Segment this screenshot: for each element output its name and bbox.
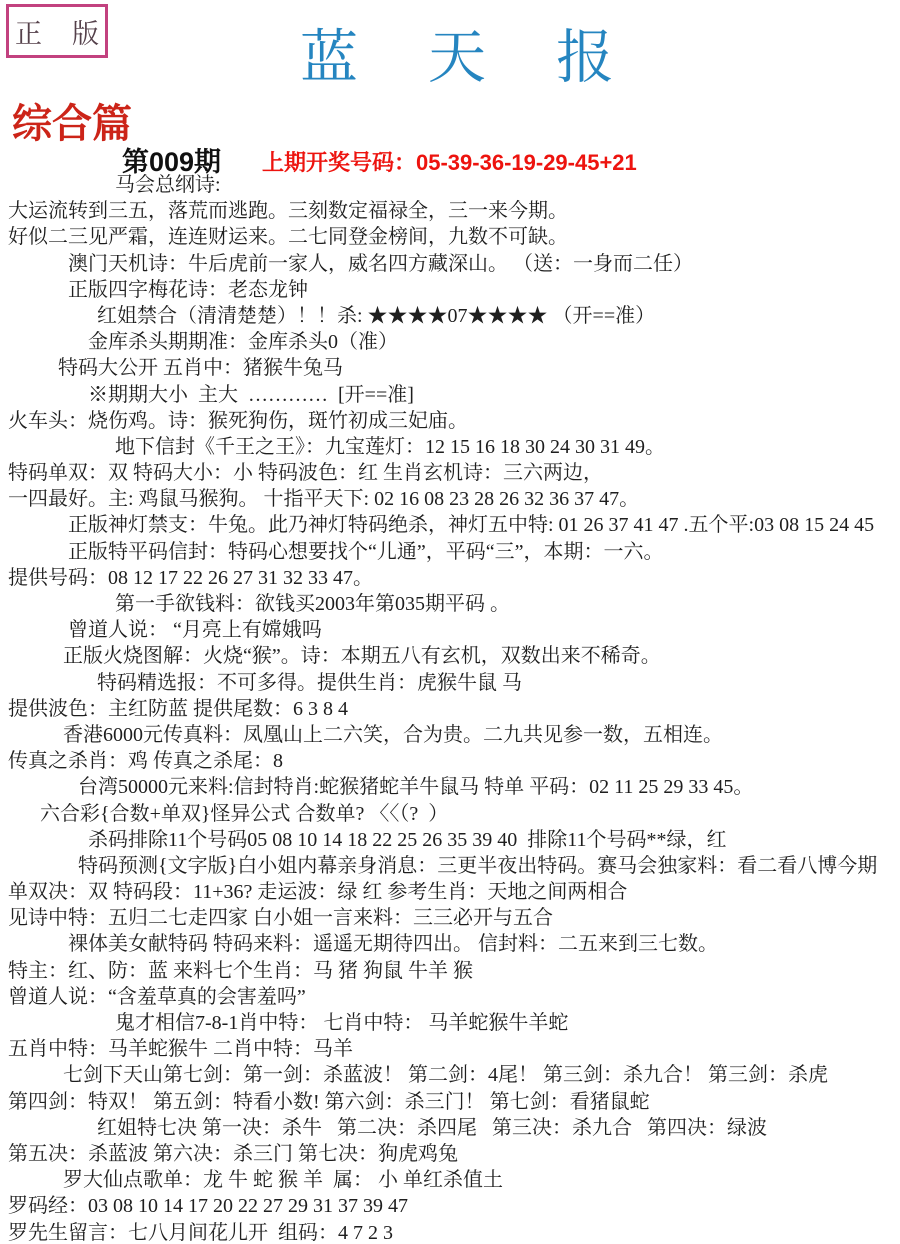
text-line: 提供号码：08 12 17 22 26 27 31 32 33 47。 xyxy=(0,565,900,591)
text-line: 正版特平码信封：特码心想要找个“儿通”，平码“三”，本期：一六。 xyxy=(0,539,900,565)
text-line: 特主：红、防：蓝 来料七个生肖：马 猪 狗鼠 牛羊 猴 xyxy=(0,958,900,984)
text-line: 五肖中特：马羊蛇猴牛 二肖中特：马羊 xyxy=(0,1036,900,1062)
text-line: 特码精选报：不可多得。提供生肖：虎猴牛鼠 马 xyxy=(0,670,900,696)
text-line: 红姐特七决 第一决：杀牛 第二决：杀四尾 第三决：杀九合 第四决：绿波 xyxy=(0,1115,900,1141)
edition-badge-label: 正版 xyxy=(15,12,129,51)
text-line: 单双决：双 特码段：11+36? 走运波：绿 红 参考生肖：天地之间两相合 xyxy=(0,879,900,905)
text-line: 一四最好。主: 鸡鼠马猴狗。 十指平天下: 02 16 08 23 28 26 … xyxy=(0,486,900,512)
text-line: 见诗中特：五归二七走四家 白小姐一言来料：三三必开与五合 xyxy=(0,905,900,931)
text-line: 香港6000元传真料：凤凰山上二六笑，合为贵。二九共见参一数，五相连。 xyxy=(0,722,900,748)
text-line: 六合彩{合数+单双}怪异公式 合数单? 〈〈（? ） xyxy=(0,801,900,827)
edition-badge: 正版 xyxy=(6,4,108,58)
content-lines: 马会总纲诗:大运流转到三五，落荒而逃跑。三刻数定福禄全，三一来今期。好似二三见严… xyxy=(0,172,900,1244)
text-line: 曾道人说： “月亮上有嫦娥吗 xyxy=(0,617,900,643)
text-line: 第四剑：特双！ 第五剑：特看小数! 第六剑：杀三门！ 第七剑：看猪鼠蛇 xyxy=(0,1089,900,1115)
text-line: 大运流转到三五，落荒而逃跑。三刻数定福禄全，三一来今期。 xyxy=(0,198,900,224)
text-line: 澳门天机诗：牛后虎前一家人，威名四方藏深山。 （送：一身而二任） xyxy=(0,251,900,277)
text-line: 台湾50000元来料:信封特肖:蛇猴猪蛇羊牛鼠马 特单 平码：02 11 25 … xyxy=(0,774,900,800)
page-title: 蓝天报 xyxy=(300,10,684,94)
text-line: 红姐禁合（清清楚楚）！！杀: ★★★★07★★★★ （开==准） xyxy=(0,303,900,329)
text-line: 七剑下天山第七剑：第一剑：杀蓝波！ 第二剑：4尾！ 第三剑：杀九合！ 第三剑：杀… xyxy=(0,1062,900,1088)
newspaper-page: 正版 蓝天报 综合篇 第009期 上期开奖号码：05-39-36-19-29-4… xyxy=(0,0,900,1244)
text-line: 正版神灯禁支：牛兔。此乃神灯特码绝杀，神灯五中特: 01 26 37 41 47… xyxy=(0,512,900,538)
text-line: 特码大公开 五肖中：猪猴牛兔马 xyxy=(0,355,900,381)
text-line: 曾道人说：“含羞草真的会害羞吗” xyxy=(0,984,900,1010)
text-line: 第五决：杀蓝波 第六决：杀三门 第七决：狗虎鸡兔 xyxy=(0,1141,900,1167)
text-line: 马会总纲诗: xyxy=(0,172,900,198)
text-line: 特码预测{文字版}白小姐内幕亲身消息：三更半夜出特码。赛马会独家料：看二看八博今… xyxy=(0,853,900,879)
text-line: 罗码经：03 08 10 14 17 20 22 27 29 31 37 39 … xyxy=(0,1193,900,1219)
text-line: 火车头：烧伤鸡。诗：猴死狗伤，斑竹初成三妃庙。 xyxy=(0,408,900,434)
text-line: 特码单双：双 特码大小：小 特码波色：红 生肖玄机诗：三六两边， xyxy=(0,460,900,486)
text-line: 罗先生留言：七八月间花儿开 组码：4 7 2 3 xyxy=(0,1220,900,1244)
text-line: 正版四字梅花诗：老态龙钟 xyxy=(0,277,900,303)
text-line: 金库杀头期期准：金库杀头0（准） xyxy=(0,329,900,355)
text-line: 提供波色：主红防蓝 提供尾数：6 3 8 4 xyxy=(0,696,900,722)
text-line: 鬼才相信7-8-1肖中特： 七肖中特： 马羊蛇猴牛羊蛇 xyxy=(0,1010,900,1036)
section-title: 综合篇 xyxy=(12,92,132,149)
text-line: 传真之杀肖：鸡 传真之杀尾：8 xyxy=(0,748,900,774)
text-line: 地下信封《千王之王》：九宝莲灯：12 15 16 18 30 24 30 31 … xyxy=(0,434,900,460)
text-line: 裸体美女献特码 特码来料：遥遥无期待四出。 信封料：二五来到三七数。 xyxy=(0,931,900,957)
text-line: 好似二三见严霜，连连财运来。二七同登金榜间，九数不可缺。 xyxy=(0,224,900,250)
text-line: 杀码排除11个号码05 08 10 14 18 22 25 26 35 39 4… xyxy=(0,827,900,853)
text-line: 第一手欲钱料：欲钱买2003年第035期平码 。 xyxy=(0,591,900,617)
text-line: 罗大仙点歌单：龙 牛 蛇 猴 羊 属： 小 单红杀值土 xyxy=(0,1167,900,1193)
text-line: 正版火烧图解：火烧“猴”。诗：本期五八有玄机，双数出来不稀奇。 xyxy=(0,643,900,669)
text-line: ※期期大小 主大 ………… [开==准] xyxy=(0,382,900,408)
